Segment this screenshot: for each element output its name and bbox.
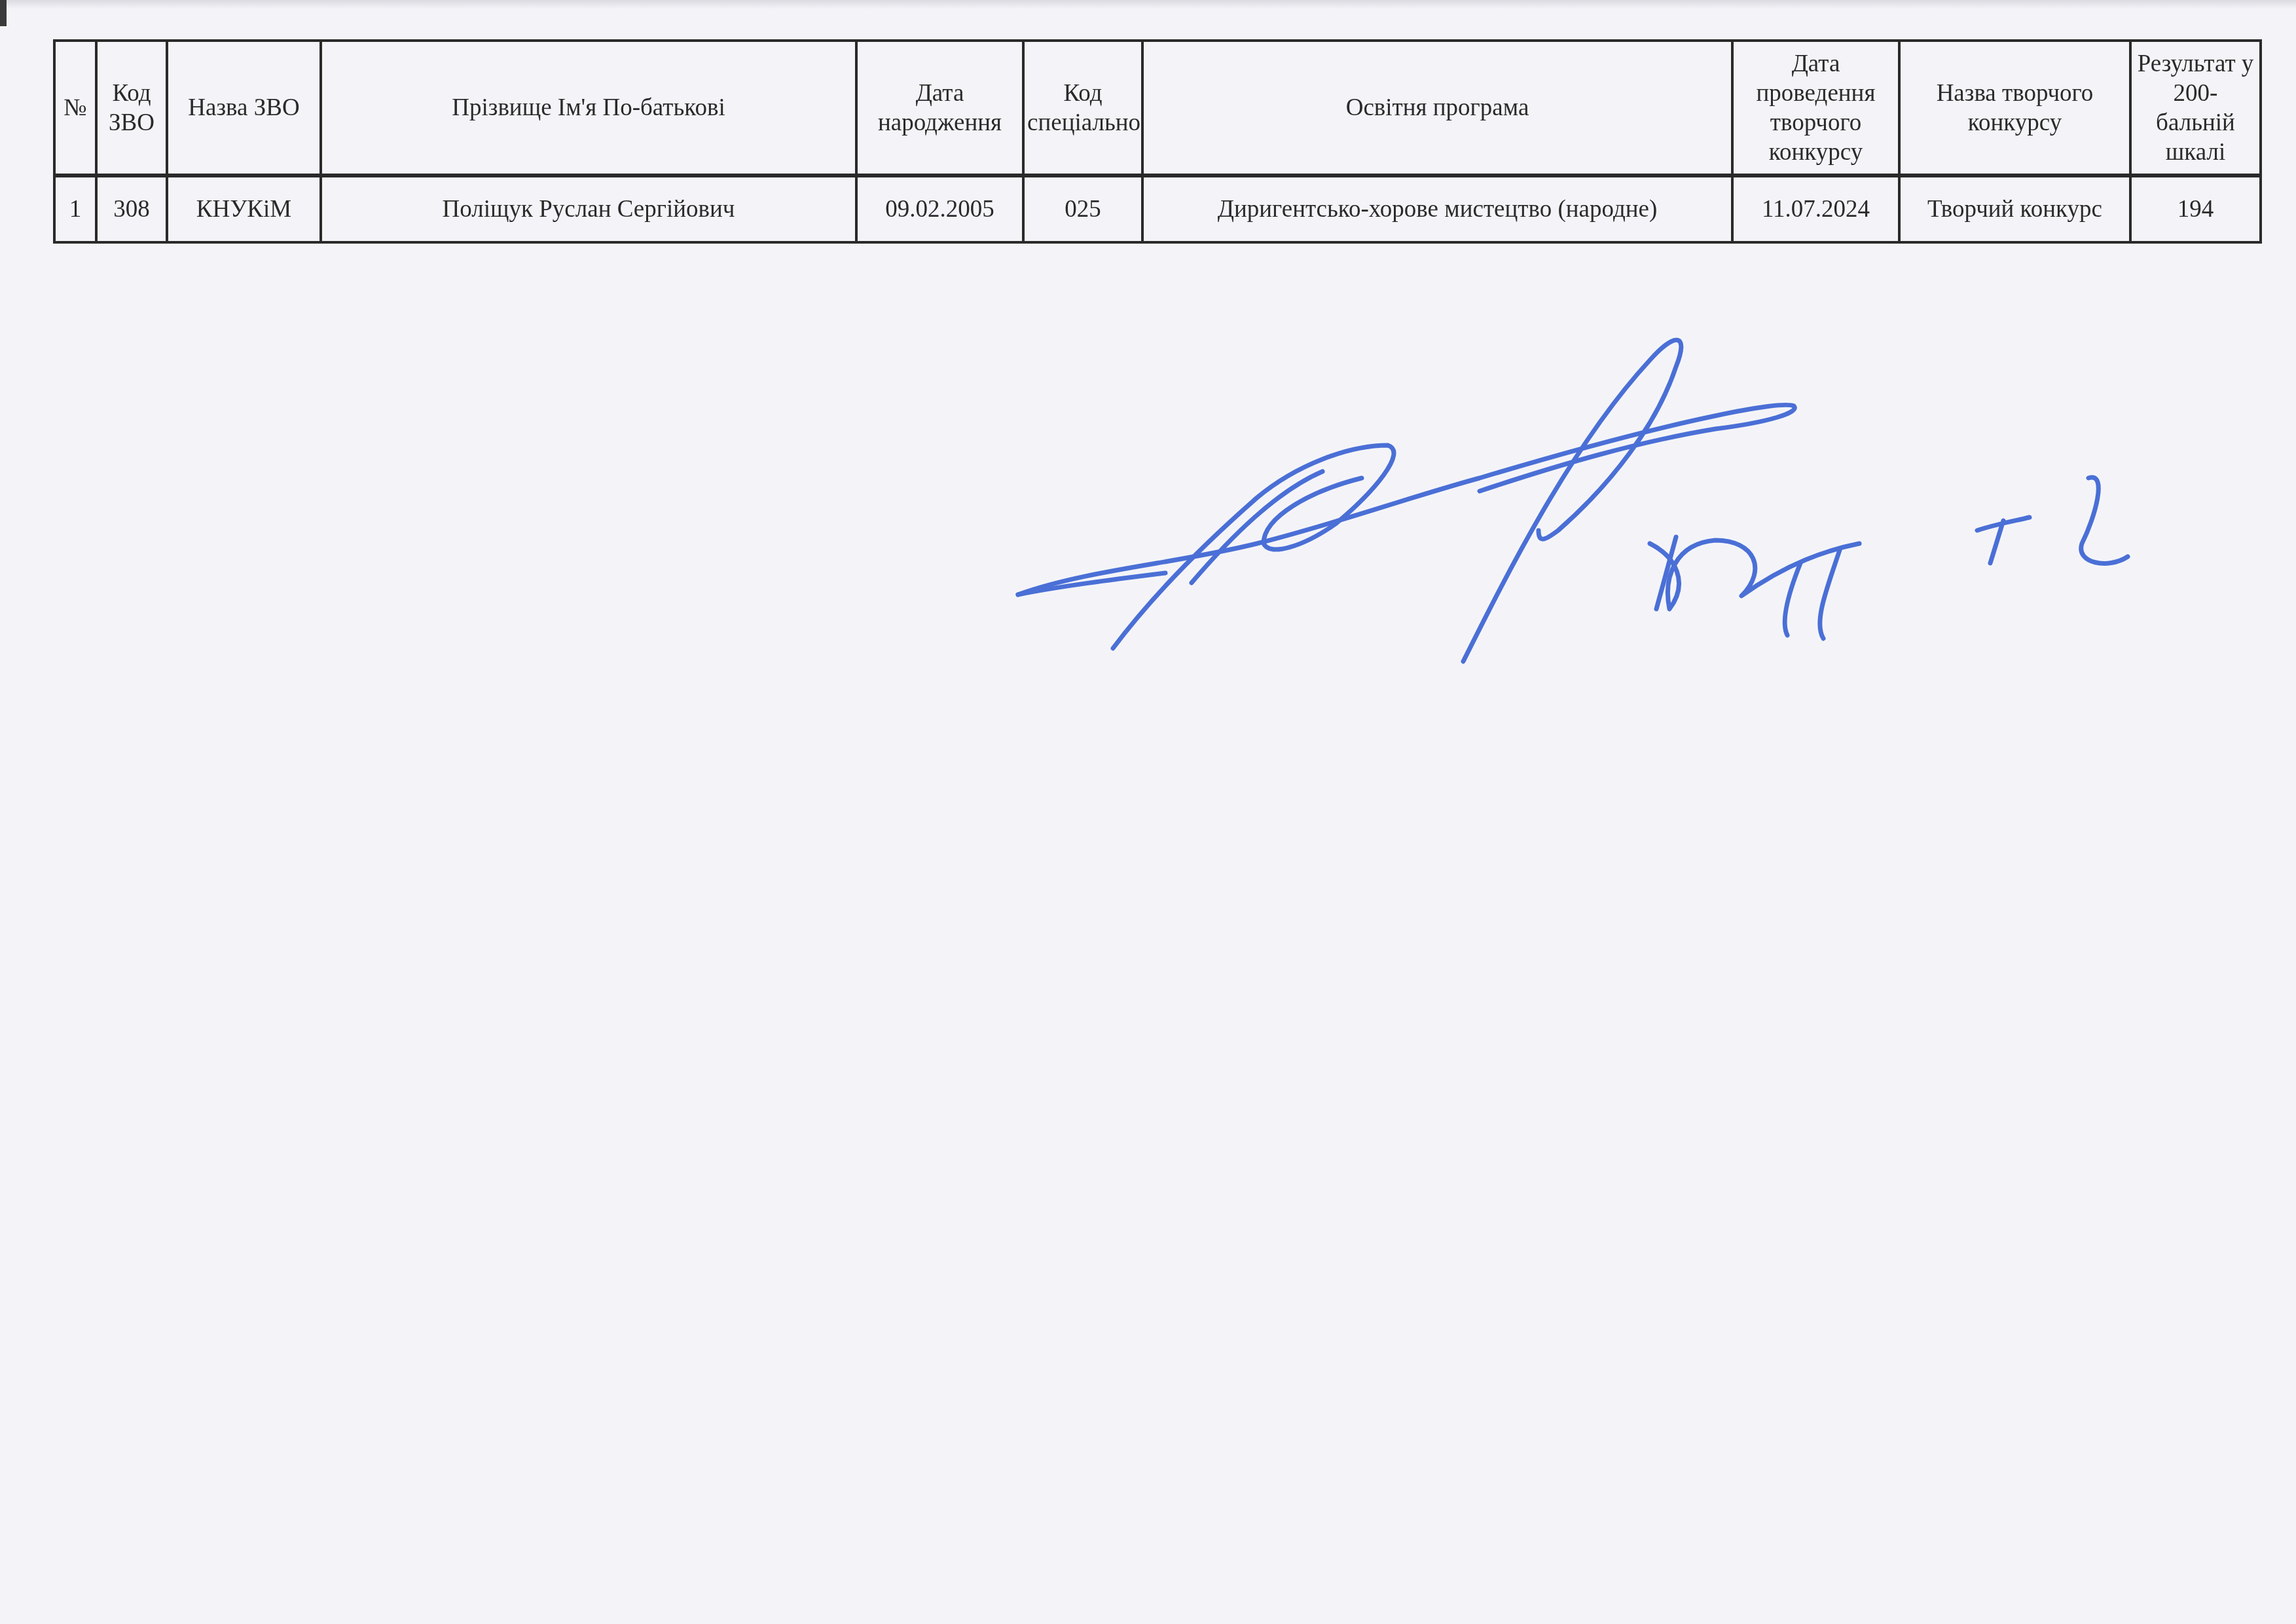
table-header-row: № Код ЗВО Назва ЗВО Прізвище Ім'я По-бат…: [54, 41, 2261, 175]
cell-full-name: Поліщук Руслан Сергійович: [321, 175, 856, 242]
table-row: 1 308 КНУКіМ Поліщук Руслан Сергійович 0…: [54, 175, 2261, 242]
cell-contest-date: 11.07.2024: [1732, 175, 1899, 242]
cell-institution-name: КНУКіМ: [167, 175, 321, 242]
header-number: №: [54, 41, 96, 175]
cell-institution-code: 308: [96, 175, 167, 242]
header-institution-code: Код ЗВО: [96, 41, 167, 175]
header-specialty-code: Код спеціальності: [1023, 41, 1142, 175]
cell-score: 194: [2130, 175, 2261, 242]
cell-contest-name: Творчий конкурс: [1899, 175, 2130, 242]
header-program: Освітня програма: [1142, 41, 1732, 175]
header-full-name: Прізвище Ім'я По-батькові: [321, 41, 856, 175]
header-birth-date: Дата народження: [856, 41, 1023, 175]
header-contest-name: Назва творчого конкурсу: [1899, 41, 2130, 175]
header-institution-name: Назва ЗВО: [167, 41, 321, 175]
cell-birth-date: 09.02.2005: [856, 175, 1023, 242]
handwritten-signature-icon: [982, 282, 2226, 688]
header-score: Результат у 200-бальній шкалі: [2130, 41, 2261, 175]
scan-edge: [0, 0, 7, 26]
cell-number: 1: [54, 175, 96, 242]
results-table: № Код ЗВО Назва ЗВО Прізвище Ім'я По-бат…: [53, 39, 2262, 244]
header-contest-date: Дата проведення творчого конкурсу: [1732, 41, 1899, 175]
cell-specialty-code: 025: [1023, 175, 1142, 242]
scan-shadow: [0, 0, 2296, 9]
cell-program: Диригентсько-хорове мистецтво (народне): [1142, 175, 1732, 242]
